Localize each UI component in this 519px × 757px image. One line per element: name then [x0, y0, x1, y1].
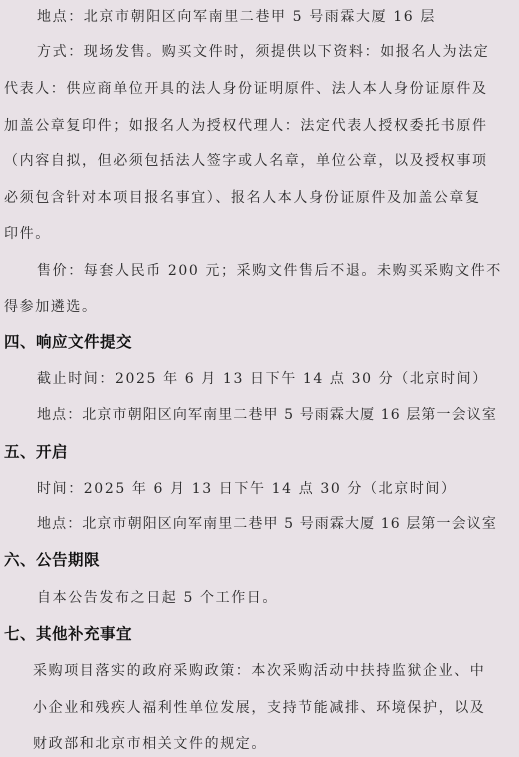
- policy-line-3: 财政部和北京市相关文件的规定。: [33, 734, 519, 754]
- notice-period-text: 自本公告发布之日起 5 个工作日。: [37, 588, 519, 608]
- sale-method-line-5: 必须包含针对本项目报名事宜）、报名人本人身份证原件及加盖公章复: [4, 188, 519, 208]
- opening-time: 时间：2025 年 6 月 13 日下午 14 点 30 分（北京时间）: [37, 479, 519, 499]
- sale-price-line-1: 售价：每套人民币 200 元；采购文件售后不退。未购买采购文件不: [37, 261, 519, 281]
- sale-method-line-2: 代表人：供应商单位开具的法人身份证明原件、法人本人身份证原件及: [4, 79, 519, 99]
- submission-location: 地点：北京市朝阳区向军南里二巷甲 5 号雨霖大厦 16 层第一会议室: [37, 405, 519, 425]
- policy-line-2: 小企业和残疾人福利性单位发展，支持节能减排、环境保护，以及: [33, 698, 519, 718]
- section-heading-submission: 四、响应文件提交: [4, 331, 132, 353]
- sale-method-line-6: 印件。: [4, 224, 519, 244]
- sale-location: 地点：北京市朝阳区向军南里二巷甲 5 号雨霖大厦 16 层: [37, 7, 519, 27]
- policy-line-1: 采购项目落实的政府采购政策：本次采购活动中扶持监狱企业、中: [33, 661, 519, 681]
- sale-method-line-3: 加盖公章复印件；如报名人为授权代理人：法定代表人授权委托书原件: [4, 116, 519, 136]
- section-heading-opening: 五、开启: [4, 441, 68, 463]
- sale-method-line-4: （内容自拟，但必须包括法人签字或人名章，单位公章，以及授权事项: [4, 151, 519, 171]
- sale-method-line-1: 方式：现场发售。购买文件时，须提供以下资料：如报名人为法定: [37, 42, 519, 62]
- section-heading-notice-period: 六、公告期限: [4, 549, 100, 571]
- section-heading-other-matters: 七、其他补充事宜: [4, 623, 132, 645]
- submission-deadline: 截止时间：2025 年 6 月 13 日下午 14 点 30 分（北京时间）: [37, 369, 519, 389]
- opening-location: 地点：北京市朝阳区向军南里二巷甲 5 号雨霖大厦 16 层第一会议室: [37, 514, 519, 534]
- document-page: 地点：北京市朝阳区向军南里二巷甲 5 号雨霖大厦 16 层 方式：现场发售。购买…: [0, 0, 519, 757]
- sale-price-line-2: 得参加遴选。: [4, 297, 519, 317]
